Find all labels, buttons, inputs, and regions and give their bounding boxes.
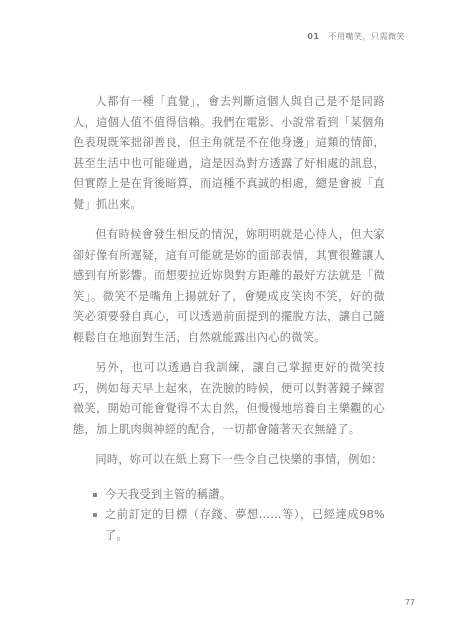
paragraph: 同時，妳可以在紙上寫下一些令自己快樂的事情，例如：: [73, 450, 385, 471]
chapter-number: 01: [307, 32, 319, 41]
chapter-title: 不用嘴笑，只需微笑: [329, 32, 406, 41]
bullet-text: 之前訂定的目標（存錢、夢想……等），已經達成98%了。: [105, 508, 385, 542]
bullet-list: 今天我受到主管的稱讚。 之前訂定的目標（存錢、夢想……等），已經達成98%了。: [73, 485, 385, 547]
square-bullet-icon: [93, 513, 97, 517]
paragraph: 但有時候會發生相反的情況，妳明明就是心待人，但大家卻好像有所遲疑，這有可能就是妳…: [73, 225, 385, 348]
paragraph: 人都有一種「直覺」，會去判斷這個人與自己是不是同路人，這個人值不值得信賴。我們在…: [73, 92, 385, 215]
bullet-item: 今天我受到主管的稱讚。: [93, 485, 385, 506]
bullet-text: 今天我受到主管的稱讚。: [105, 488, 231, 501]
paragraph: 另外，也可以透過自我訓練，讓自己掌握更好的微笑技巧，例如每天早上起來，在洗臉的時…: [73, 358, 385, 440]
running-header: 01 不用嘴笑，只需微笑: [307, 31, 405, 42]
square-bullet-icon: [93, 493, 97, 497]
bullet-item: 之前訂定的目標（存錢、夢想……等），已經達成98%了。: [93, 505, 385, 546]
body-text: 人都有一種「直覺」，會去判斷這個人與自己是不是同路人，這個人值不值得信賴。我們在…: [73, 92, 385, 546]
page-number: 77: [405, 598, 415, 607]
